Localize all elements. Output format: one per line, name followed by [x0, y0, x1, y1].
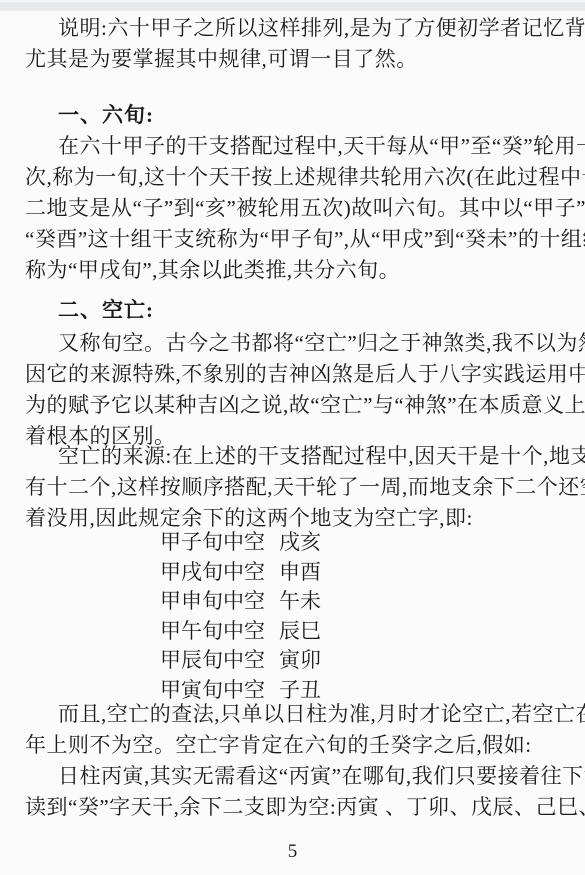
book-page-scan: 说明:六十甲子之所以这样排列,是为了方便初学者记忆背诵, 尤其是为要掌握其中规律… — [0, 0, 585, 875]
kong-branches: 戌亥 — [279, 530, 321, 554]
paragraph-line: 称为“甲戌旬”,其余以此类推,共分六旬。 — [25, 255, 565, 286]
section1-paragraph: 在六十甲子的干支搭配过程中,天干每从“甲”至“癸”轮用一 次,称为一旬,这十个天… — [25, 131, 565, 286]
section2-paragraph3: 而且,空亡的查法,只单以日柱为准,月时才论空亡,若空亡在 年上则不为空。空亡字肯… — [25, 699, 565, 761]
kong-branches: 午未 — [279, 589, 321, 613]
xun-label: 甲戌旬中空 — [160, 560, 265, 584]
page-number: 5 — [0, 836, 585, 867]
paragraph-line: 次,称为一旬,这十个天干按上述规律共轮用六次(在此过程中十 — [25, 162, 565, 193]
kong-branches: 寅卯 — [279, 648, 321, 672]
kong-branches: 辰巳 — [279, 619, 321, 643]
kong-branches: 申酉 — [279, 560, 321, 584]
kongwang-list: 甲子旬中空戌亥 甲戌旬中空申酉 甲申旬中空午未 甲午旬中空辰巳 甲辰旬中空寅卯 … — [160, 528, 321, 705]
scan-edge-strip — [0, 0, 585, 11]
section2-paragraph4: 日柱丙寅,其实无需看这“丙寅”在哪旬,我们只要接着往下读, 读到“癸”字天干,余… — [25, 761, 565, 823]
kongwang-row: 甲申旬中空午未 — [160, 587, 321, 617]
paragraph-line: 说明:六十甲子之所以这样排列,是为了方便初学者记忆背诵, — [25, 13, 565, 44]
paragraph-line: 因它的来源特殊,不象别的吉神凶煞是后人于八字实践运用中,人 — [25, 359, 565, 390]
kongwang-row: 甲戌旬中空申酉 — [160, 558, 321, 588]
paragraph-line: “癸酉”这十组干支统称为“甲子旬”,从“甲戌”到“癸未”的十组统 — [25, 224, 565, 255]
paragraph-line: 空亡的来源:在上述的干支搭配过程中,因天干是十个,地支 — [25, 441, 565, 472]
xun-label: 甲寅旬中空 — [160, 678, 265, 702]
paragraph-line: 又称旬空。古今之书都将“空亡”归之于神煞类,我不以为然。 — [25, 328, 565, 359]
xun-label: 甲午旬中空 — [160, 619, 265, 643]
section2-paragraph2: 空亡的来源:在上述的干支搭配过程中,因天干是十个,地支 有十二个,这样按顺序搭配… — [25, 441, 565, 534]
paragraph-line: 而且,空亡的查法,只单以日柱为准,月时才论空亡,若空亡在 — [25, 699, 565, 730]
paragraph-line: 在六十甲子的干支搭配过程中,天干每从“甲”至“癸”轮用一 — [25, 131, 565, 162]
kongwang-row: 甲子旬中空戌亥 — [160, 528, 321, 558]
paragraph-line: 读到“癸”字天干,余下二支即为空:丙寅 、丁卯、戊辰、己巳、庚午、 — [25, 792, 565, 823]
section2-paragraph1: 又称旬空。古今之书都将“空亡”归之于神煞类,我不以为然。 因它的来源特殊,不象别… — [25, 328, 565, 452]
kongwang-row: 甲午旬中空辰巳 — [160, 617, 321, 647]
paragraph-line: 为的赋予它以某种吉凶之说,故“空亡”与“神煞”在本质意义上有 — [25, 390, 565, 421]
paragraph-line: 尤其是为要掌握其中规律,可谓一目了然。 — [25, 44, 565, 75]
paragraph-line: 日柱丙寅,其实无需看这“丙寅”在哪旬,我们只要接着往下读, — [25, 761, 565, 792]
section2-heading: 二、空亡: — [58, 295, 154, 326]
intro-paragraph: 说明:六十甲子之所以这样排列,是为了方便初学者记忆背诵, 尤其是为要掌握其中规律… — [25, 13, 565, 75]
xun-label: 甲子旬中空 — [160, 530, 265, 554]
kongwang-row: 甲辰旬中空寅卯 — [160, 646, 321, 676]
paragraph-line: 二地支是从“子”到“亥”被轮用五次)故叫六旬。其中以“甲子”到 — [25, 193, 565, 224]
xun-label: 甲辰旬中空 — [160, 648, 265, 672]
paragraph-line: 有十二个,这样按顺序搭配,天干轮了一周,而地支余下二个还空 — [25, 472, 565, 503]
kong-branches: 子丑 — [279, 678, 321, 702]
section1-heading: 一、六旬: — [58, 100, 154, 131]
paragraph-line: 年上则不为空。空亡字肯定在六旬的壬癸字之后,假如: — [25, 730, 565, 761]
xun-label: 甲申旬中空 — [160, 589, 265, 613]
